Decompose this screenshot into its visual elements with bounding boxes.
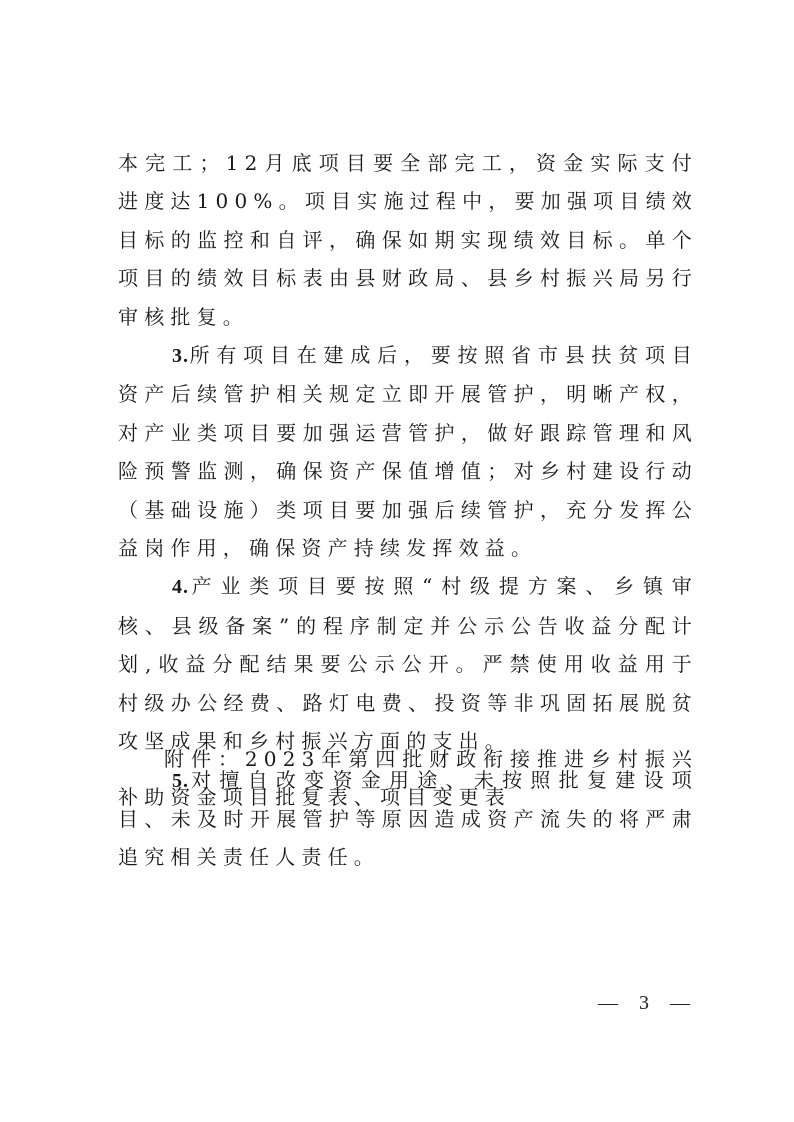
attachment-note: 附件：2023年第四批财政衔接推进乡村振兴补助资金项目批复表、项目变更表 — [118, 740, 698, 817]
item-3-paragraph: 3.所有项目在建成后，要按照省市县扶贫项目资产后续管护相关规定立即开展管护，明晰… — [118, 336, 698, 567]
continuation-paragraph: 本完工；12月底项目要全部完工，资金实际支付进度达100%。项目实施过程中，要加… — [118, 144, 698, 336]
item-3-number: 3. — [172, 345, 189, 367]
item-4-paragraph: 4.产业类项目要按照“村级提方案、乡镇审核、县级备案”的程序制定并公示公告收益分… — [118, 567, 698, 760]
item-4-number: 4. — [172, 576, 189, 598]
item-4-text: 产业类项目要按照“村级提方案、乡镇审核、县级备案”的程序制定并公示公告收益分配计… — [118, 574, 698, 753]
item-3-text: 所有项目在建成后，要按照省市县扶贫项目资产后续管护相关规定立即开展管护，明晰产权… — [118, 343, 698, 560]
document-page: 本完工；12月底项目要全部完工，资金实际支付进度达100%。项目实施过程中，要加… — [0, 0, 794, 1122]
page-number: — 3 — — [598, 992, 698, 1015]
